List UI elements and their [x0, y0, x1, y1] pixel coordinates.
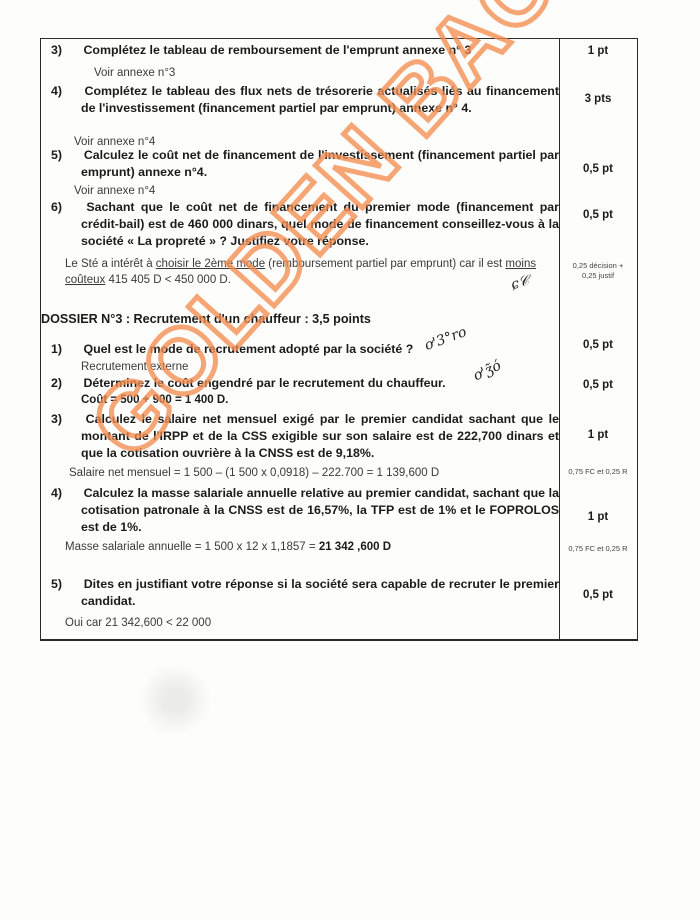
- d3-question-4: 4) Calculez la masse salariale annuelle …: [41, 485, 559, 536]
- answer-q3: Voir annexe n°3: [94, 65, 175, 81]
- d3-answer-4: Masse salariale annuelle = 1 500 x 12 x …: [65, 539, 391, 555]
- question-text: Calculez la masse salariale annuelle rel…: [81, 486, 559, 534]
- answer-q6: Le Sté a intérêt à choisir le 2ème mode …: [65, 256, 555, 288]
- d3-points-detail-3: 0,75 FC et 0,25 R: [559, 467, 637, 477]
- d3-question-5: 5) Dites en justifiant votre réponse si …: [41, 576, 559, 610]
- dossier-3-title: DOSSIER N°3 : Recrutement d'un chauffeur…: [41, 312, 371, 326]
- d3-points-1: 0,5 pt: [559, 339, 637, 351]
- question-5: 5) Calculez le coût net de financement d…: [41, 147, 559, 181]
- handwritten-mark-q6: ɕ𝒞: [509, 273, 531, 293]
- question-text: Calculez le salaire net mensuel exigé pa…: [81, 412, 559, 460]
- question-text: Déterminez le coût engendré par le recru…: [83, 376, 445, 390]
- d3-question-1: 1) Quel est le mode de recrutement adopt…: [41, 341, 559, 358]
- question-text: Complétez le tableau des flux nets de tr…: [81, 84, 559, 115]
- d3-answer-5: Oui car 21 342,600 < 22 000: [65, 615, 211, 631]
- d3-points-2: 0,5 pt: [559, 379, 637, 391]
- answer-q5: Voir annexe n°4: [74, 183, 155, 199]
- question-text: Dites en justifiant votre réponse si la …: [81, 577, 559, 608]
- question-text: Complétez le tableau de remboursement de…: [83, 43, 471, 57]
- d3-points-detail-4: 0,75 FC et 0,25 R: [559, 544, 637, 554]
- answer-key-table: 3) Complétez le tableau de remboursement…: [40, 38, 638, 641]
- question-text: Calculez le coût net de financement de l…: [81, 148, 559, 179]
- points-q5: 0,5 pt: [559, 163, 637, 175]
- question-3: 3) Complétez le tableau de remboursement…: [41, 42, 559, 59]
- points-detail-q6: 0,25 décision + 0,25 justif: [559, 261, 637, 281]
- d3-points-5: 0,5 pt: [559, 589, 637, 601]
- d3-answer-1: Recrutement externe: [81, 359, 188, 375]
- d3-answer-3: Salaire net mensuel = 1 500 – (1 500 x 0…: [69, 465, 439, 481]
- question-6: 6) Sachant que le coût net de financemen…: [41, 199, 559, 250]
- d3-question-3: 3) Calculez le salaire net mensuel exigé…: [41, 411, 559, 462]
- scan-smudge: [130, 660, 220, 740]
- question-4: 4) Complétez le tableau des flux nets de…: [41, 83, 559, 117]
- points-q6: 0,5 pt: [559, 209, 637, 221]
- question-text: Sachant que le coût net de financement d…: [81, 200, 559, 248]
- points-q4: 3 pts: [559, 93, 637, 105]
- d3-answer-2: Coût = 500 + 900 = 1 400 D.: [81, 392, 228, 408]
- d3-points-3: 1 pt: [559, 429, 637, 441]
- points-q3: 1 pt: [559, 45, 637, 57]
- d3-points-4: 1 pt: [559, 511, 637, 523]
- question-text: Quel est le mode de recrutement adopté p…: [83, 342, 413, 356]
